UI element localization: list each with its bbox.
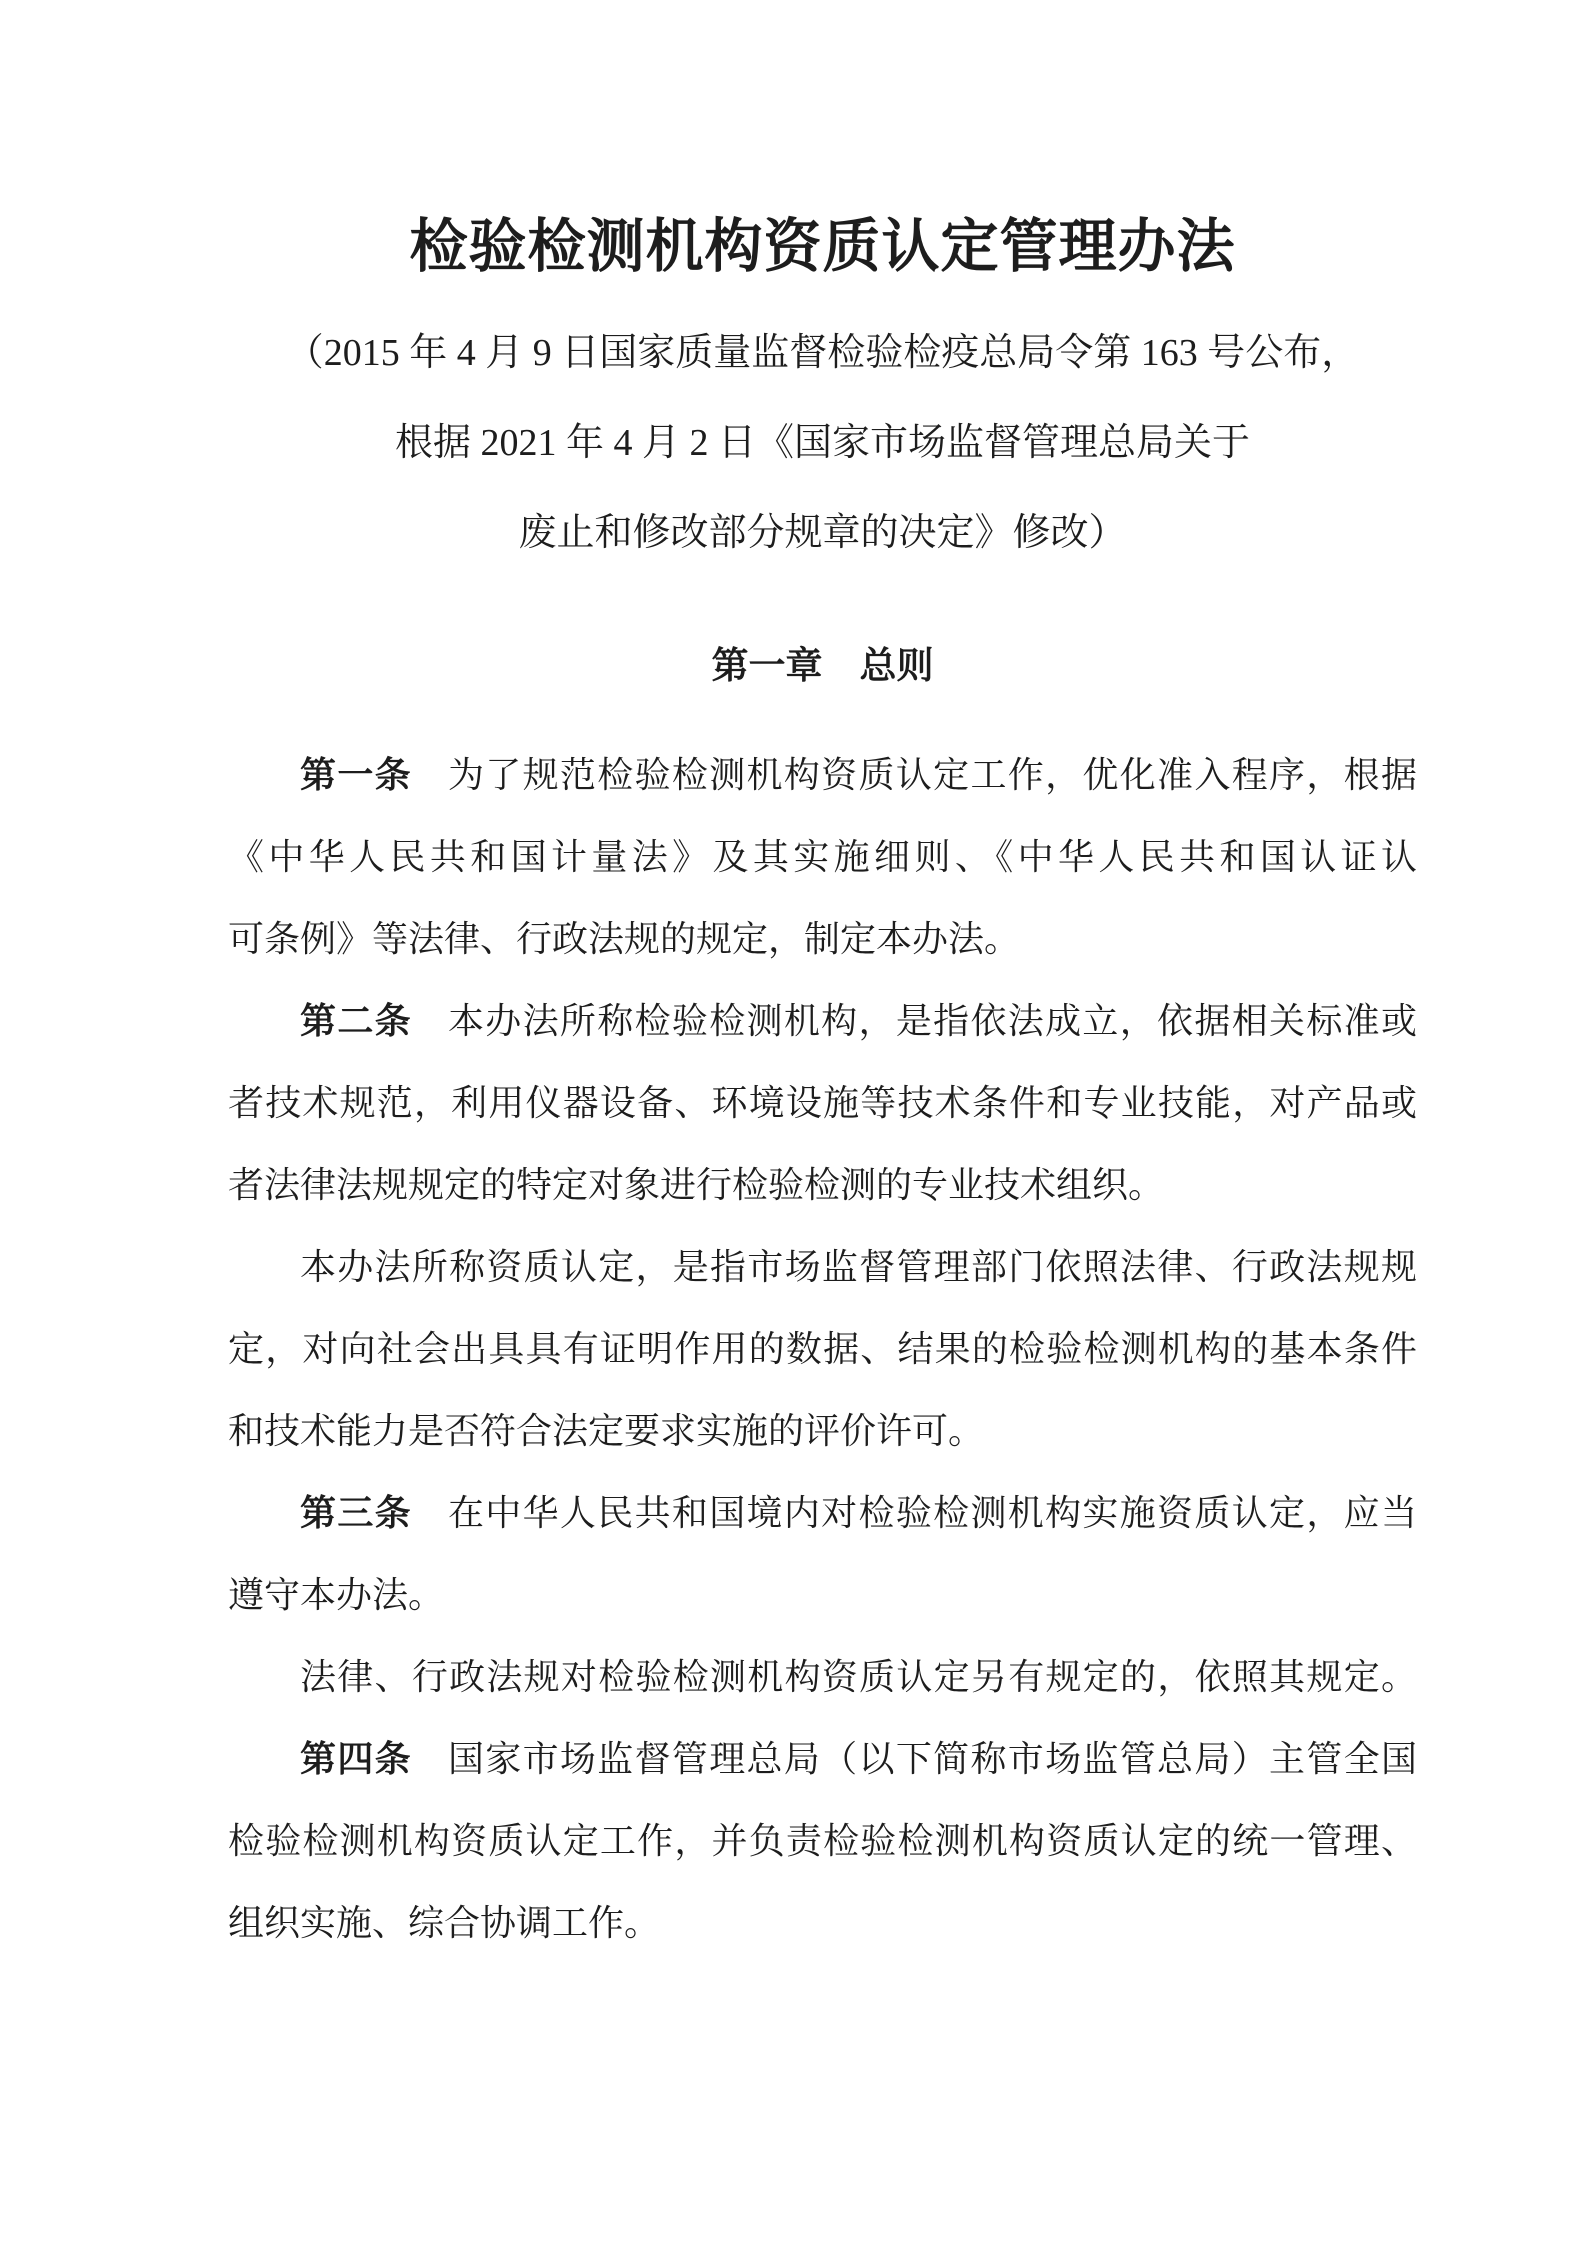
article-line: 第二条本办法所称检验检测机构，是指依法成立，依据相关标准或	[228, 980, 1417, 1062]
preamble-line: （2015 年 4 月 9 日国家质量监督检验检疫总局令第 163 号公布，	[228, 308, 1417, 398]
chapter-heading: 第一章总则	[228, 642, 1417, 692]
preamble-line: 废止和修改部分规章的决定》修改）	[228, 488, 1417, 578]
body-line: 者法律法规规定的特定对象进行检验检测的专业技术组织。	[228, 1144, 1417, 1226]
body-line: 可条例》等法律、行政法规的规定，制定本办法。	[228, 898, 1417, 980]
article-number: 第二条	[300, 1001, 412, 1041]
body-line: 法律、行政法规对检验检测机构资质认定另有规定的，依照其规定。	[228, 1636, 1417, 1718]
body-line: 者技术规范，利用仪器设备、环境设施等技术条件和专业技能，对产品或	[228, 1062, 1417, 1144]
article-line: 第一条为了规范检验检测机构资质认定工作，优化准入程序，根据	[228, 734, 1417, 816]
chapter-number: 第一章	[712, 646, 823, 687]
body-line: 定，对向社会出具具有证明作用的数据、结果的检验检测机构的基本条件	[228, 1308, 1417, 1390]
body-line: 和技术能力是否符合法定要求实施的评价许可。	[228, 1390, 1417, 1472]
body-line: 《中华人民共和国计量法》及其实施细则、《中华人民共和国认证认	[228, 816, 1417, 898]
body-line: 本办法所称资质认定，是指市场监督管理部门依照法律、行政法规规	[228, 1226, 1417, 1308]
document-title: 检验检测机构资质认定管理办法	[228, 215, 1417, 279]
article-line: 第四条国家市场监督管理总局（以下简称市场监管总局）主管全国	[228, 1718, 1417, 1800]
preamble: （2015 年 4 月 9 日国家质量监督检验检疫总局令第 163 号公布， 根…	[228, 308, 1417, 578]
article-line: 第三条在中华人民共和国境内对检验检测机构实施资质认定，应当	[228, 1472, 1417, 1554]
article-number: 第四条	[300, 1739, 412, 1779]
body-line: 检验检测机构资质认定工作，并负责检验检测机构资质认定的统一管理、	[228, 1800, 1417, 1882]
chapter-title: 总则	[860, 646, 934, 687]
body-line: 遵守本办法。	[228, 1554, 1417, 1636]
body-line: 组织实施、综合协调工作。	[228, 1882, 1417, 1964]
document-body: 第一条为了规范检验检测机构资质认定工作，优化准入程序，根据《中华人民共和国计量法…	[228, 734, 1417, 1964]
preamble-line: 根据 2021 年 4 月 2 日《国家市场监督管理总局关于	[228, 398, 1417, 488]
document-page: 检验检测机构资质认定管理办法 （2015 年 4 月 9 日国家质量监督检验检疫…	[0, 0, 1587, 2245]
article-number: 第三条	[300, 1493, 412, 1533]
article-number: 第一条	[300, 755, 412, 795]
